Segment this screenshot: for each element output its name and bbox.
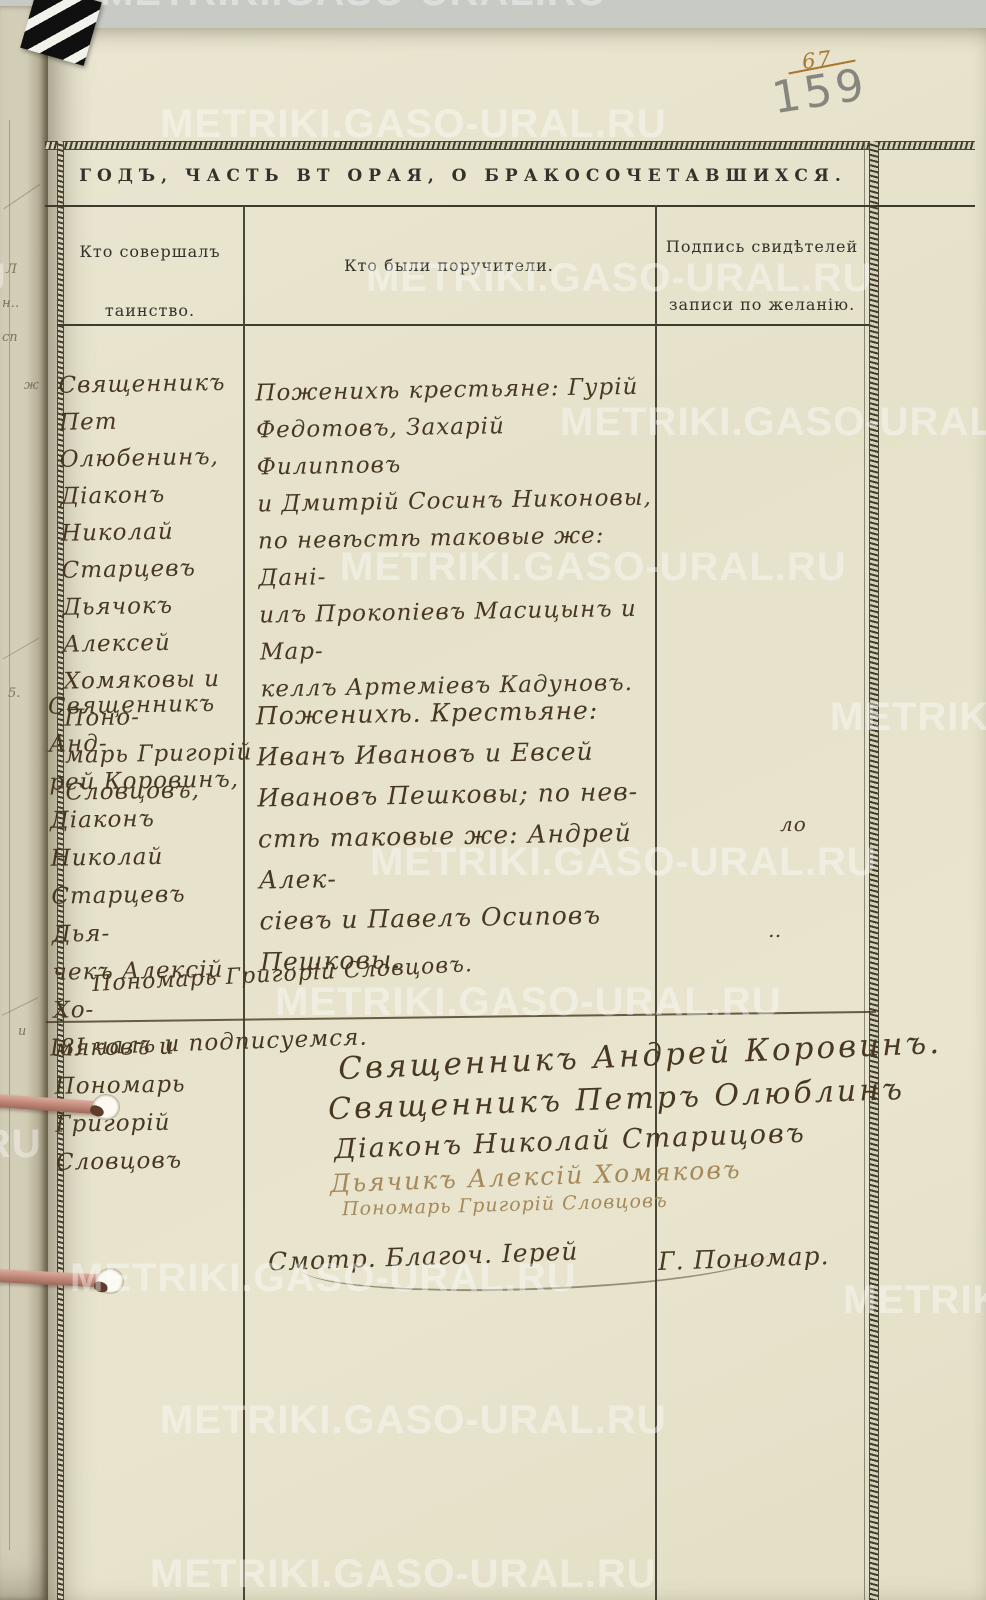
entry-1-guarantors: Поженихѣ крестьяне: Гурій Федотовъ, Заха…: [255, 369, 661, 709]
entry-2-witness-dots: ‥: [768, 918, 782, 942]
column-header-officiant: Кто совершалъ таинство.: [60, 222, 240, 340]
margin-text-fragment: и: [18, 1024, 26, 1039]
entry-2-guarantors: Поженихѣ. Крестьяне: Иванъ Ивановъ и Евс…: [256, 688, 666, 982]
margin-text-fragment: сп: [2, 330, 18, 345]
margin-text-fragment: н‥: [2, 296, 19, 311]
column-header-guarantors: Кто были поручители.: [245, 256, 653, 275]
table-border-right-inner: [864, 141, 865, 1600]
header-top-rule: [45, 205, 975, 207]
watermark: METRIKI.GASO-URAL.RU: [100, 0, 607, 15]
page-title: ГОДЪ, ЧАСТЬ ВТ ОРАЯ, О БРАКОСОЧЕТАВШИХСЯ…: [57, 166, 869, 186]
table-border-top: [45, 141, 975, 150]
previous-page-edge: [0, 6, 48, 1600]
scanned-document: Л н‥ сп ж 5. и 67 159 ГОДЪ, ЧАСТЬ ВТ ОРА…: [0, 0, 986, 1600]
entry-2-witness-mark: ло: [780, 812, 807, 836]
margin-text-fragment: 5.: [8, 686, 20, 701]
margin-text-fragment: ж: [24, 378, 39, 393]
table-border-right: [869, 141, 879, 1600]
column-header-witness-signature: Подпись свидѣтелей записи по желанію.: [658, 218, 866, 334]
margin-text-fragment: Л: [6, 262, 17, 277]
